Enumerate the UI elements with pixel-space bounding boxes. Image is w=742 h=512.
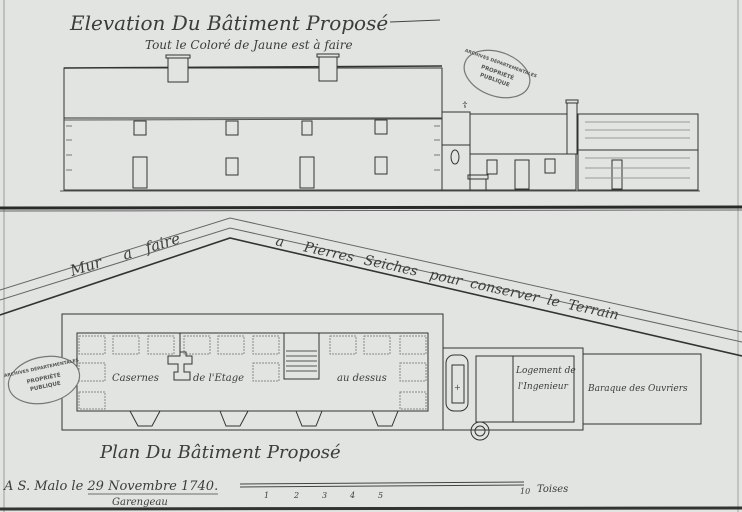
elevation-drawing: ☦: [60, 54, 700, 191]
svg-text:4: 4: [349, 491, 355, 500]
archive-stamp-left: ARCHIVES DÉPARTEMENTALES PROPRIÉTÉ PUBLI…: [2, 350, 86, 411]
room-label-baraque: Baraque des Ouvriers: [587, 384, 688, 394]
scale-bar: 1 2 3 4 5 10 Toises: [240, 482, 568, 500]
elevation-title: Elevation Du Bâtiment Proposé: [69, 11, 388, 35]
architectural-drawing: ☦ Elevation Du Bâtiment Proposé Tout le …: [0, 0, 742, 512]
svg-text:3: 3: [322, 491, 327, 500]
room-label-ingenieur: l'Ingenieur: [518, 382, 569, 392]
svg-text:Toises: Toises: [537, 484, 568, 495]
signature-name: Garengeau: [112, 497, 168, 508]
svg-text:2: 2: [293, 491, 299, 500]
svg-text:☦: ☦: [462, 101, 468, 111]
svg-text:1: 1: [264, 491, 269, 500]
svg-text:10: 10: [520, 487, 530, 496]
plan-title: Plan Du Bâtiment Proposé: [99, 442, 341, 463]
place-date: A S. Malo le 29 Novembre 1740.: [3, 479, 218, 494]
boundary-wall: [0, 218, 742, 356]
room-label-au-dessus: au dessus: [337, 373, 387, 384]
archive-stamp-top: ARCHIVES DÉPARTEMENTALES PROPRIÉTÉ PUBLI…: [454, 40, 541, 107]
drawing-sheet: ☦ Elevation Du Bâtiment Proposé Tout le …: [0, 0, 742, 512]
room-label-logement: Logement de: [515, 366, 576, 376]
room-label-casernes: Casernes: [112, 373, 159, 384]
svg-text:+: +: [454, 383, 461, 392]
svg-text:5: 5: [378, 491, 383, 500]
room-label-etage: de l'Etage: [193, 373, 244, 384]
wall-annotation-right: a Pierres Seiches pour conserver le Terr…: [274, 233, 620, 323]
elevation-subtitle: Tout le Coloré de Jaune est à faire: [145, 38, 353, 52]
